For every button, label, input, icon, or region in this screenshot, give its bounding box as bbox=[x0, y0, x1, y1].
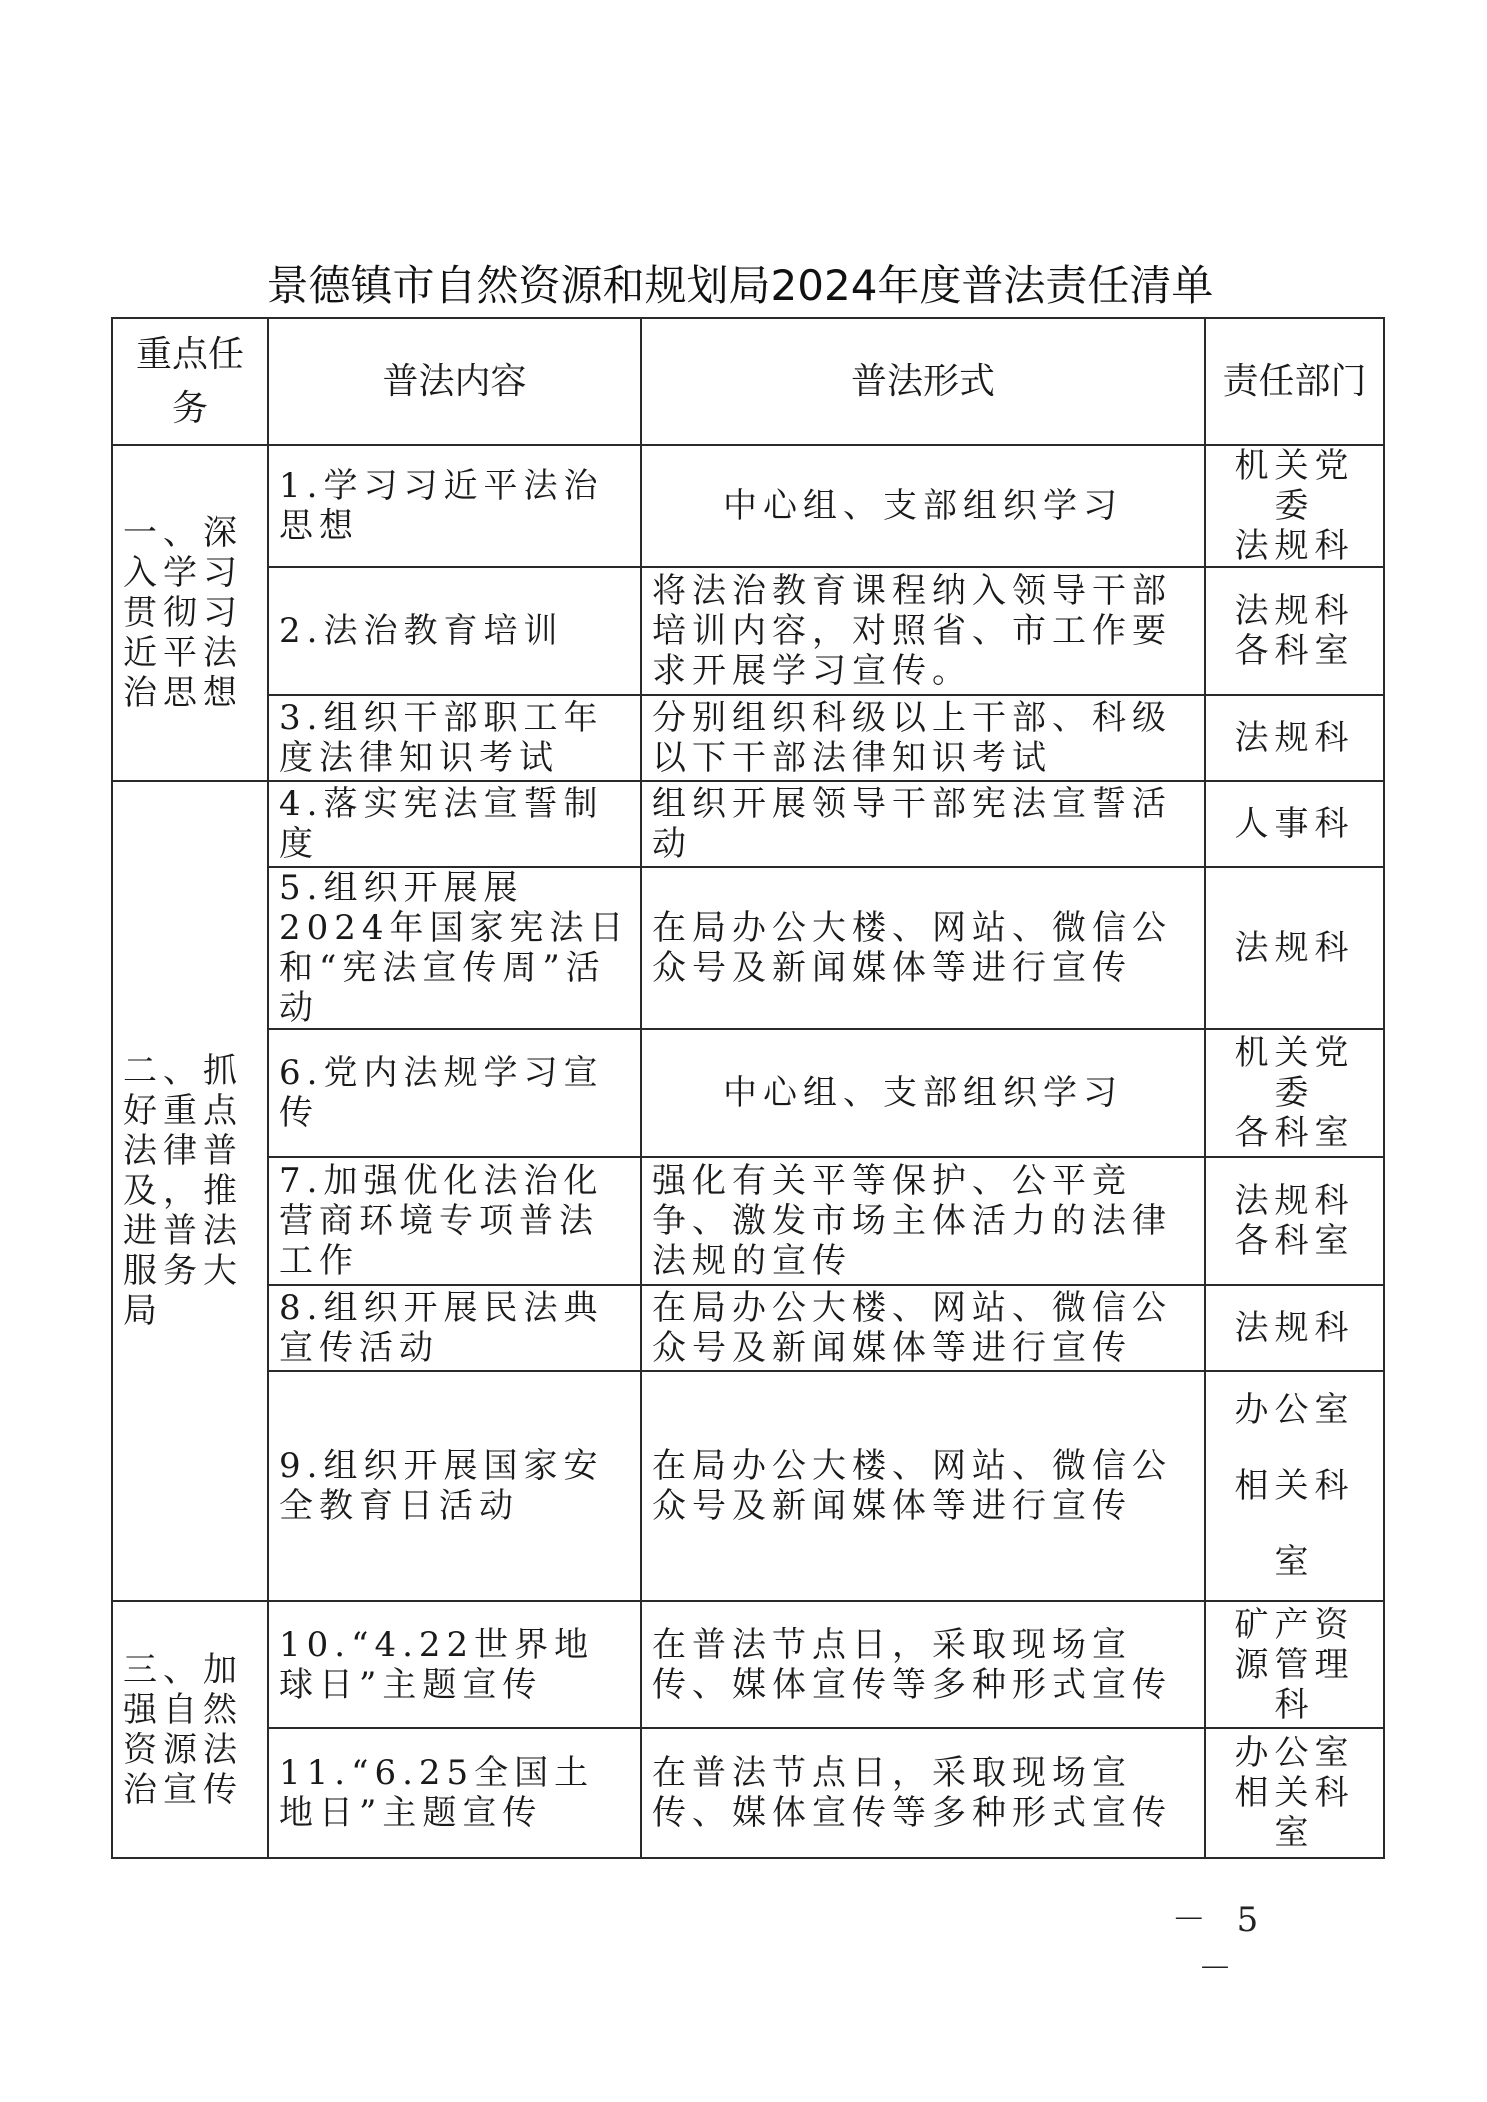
table-row: 7.加强优化法治化营商环境专项普法工作 强化有关平等保护、公平竞争、激发市场主体… bbox=[112, 1157, 1384, 1285]
content-cell: 6.党内法规学习宣传 bbox=[268, 1029, 641, 1157]
dept-cell: 法规科 bbox=[1205, 1285, 1384, 1371]
task-group-3: 三、加强自然资源法治宣传 bbox=[112, 1601, 268, 1858]
form-cell: 组织开展领导干部宪法宣誓活动 bbox=[641, 781, 1205, 867]
header-form: 普法形式 bbox=[641, 318, 1205, 445]
form-cell: 在普法节点日，采取现场宣传、媒体宣传等多种形式宣传 bbox=[641, 1728, 1205, 1858]
form-cell: 中心组、支部组织学习 bbox=[641, 1029, 1205, 1157]
table-header-row: 重点任务 普法内容 普法形式 责任部门 bbox=[112, 318, 1384, 445]
table-row: 一、深入学习贯彻习近平法治思想 1.学习习近平法治思想 中心组、支部组织学习 机… bbox=[112, 445, 1384, 567]
task-group-1: 一、深入学习贯彻习近平法治思想 bbox=[112, 445, 268, 781]
content-cell: 9.组织开展国家安全教育日活动 bbox=[268, 1371, 641, 1601]
dept-cell: 办公室 相关科室 bbox=[1205, 1371, 1384, 1601]
content-cell: 1.学习习近平法治思想 bbox=[268, 445, 641, 567]
table-row: 6.党内法规学习宣传 中心组、支部组织学习 机关党委 各科室 bbox=[112, 1029, 1384, 1157]
dept-cell: 机关党委 各科室 bbox=[1205, 1029, 1384, 1157]
content-cell: 11.“6.25全国土地日”主题宣传 bbox=[268, 1728, 641, 1858]
content-cell: 5.组织开展展2024年国家宪法日和“宪法宣传周”活动 bbox=[268, 867, 641, 1029]
dept-cell: 法规科 各科室 bbox=[1205, 1157, 1384, 1285]
content-cell: 10.“4.22世界地球日”主题宣传 bbox=[268, 1601, 641, 1728]
page-number: － 5 － bbox=[1160, 1892, 1280, 1990]
form-cell: 在普法节点日，采取现场宣传、媒体宣传等多种形式宣传 bbox=[641, 1601, 1205, 1728]
dept-cell: 法规科 bbox=[1205, 867, 1384, 1029]
table-row: 9.组织开展国家安全教育日活动 在局办公大楼、网站、微信公众号及新闻媒体等进行宣… bbox=[112, 1371, 1384, 1601]
form-cell: 将法治教育课程纳入领导干部培训内容，对照省、市工作要求开展学习宣传。 bbox=[641, 567, 1205, 695]
dept-cell: 法规科 各科室 bbox=[1205, 567, 1384, 695]
task-group-2: 二、抓好重点法律普及，推进普法服务大局 bbox=[112, 781, 268, 1601]
dept-cell: 办公室 相关科室 bbox=[1205, 1728, 1384, 1858]
content-cell: 4.落实宪法宣誓制度 bbox=[268, 781, 641, 867]
header-key-task: 重点任务 bbox=[112, 318, 268, 445]
dept-cell: 矿产资源管理科 bbox=[1205, 1601, 1384, 1728]
header-dept: 责任部门 bbox=[1205, 318, 1384, 445]
content-cell: 3.组织干部职工年度法律知识考试 bbox=[268, 695, 641, 781]
table-row: 8.组织开展民法典宣传活动 在局办公大楼、网站、微信公众号及新闻媒体等进行宣传 … bbox=[112, 1285, 1384, 1371]
responsibility-table: 重点任务 普法内容 普法形式 责任部门 一、深入学习贯彻习近平法治思想 1.学习… bbox=[111, 317, 1385, 1859]
table-row: 5.组织开展展2024年国家宪法日和“宪法宣传周”活动 在局办公大楼、网站、微信… bbox=[112, 867, 1384, 1029]
content-cell: 2.法治教育培训 bbox=[268, 567, 641, 695]
header-content: 普法内容 bbox=[268, 318, 641, 445]
content-cell: 8.组织开展民法典宣传活动 bbox=[268, 1285, 641, 1371]
table-row: 二、抓好重点法律普及，推进普法服务大局 4.落实宪法宣誓制度 组织开展领导干部宪… bbox=[112, 781, 1384, 867]
table-row: 2.法治教育培训 将法治教育课程纳入领导干部培训内容，对照省、市工作要求开展学习… bbox=[112, 567, 1384, 695]
form-cell: 分别组织科级以上干部、科级以下干部法律知识考试 bbox=[641, 695, 1205, 781]
dept-cell: 人事科 bbox=[1205, 781, 1384, 867]
content-cell: 7.加强优化法治化营商环境专项普法工作 bbox=[268, 1157, 641, 1285]
form-cell: 中心组、支部组织学习 bbox=[641, 445, 1205, 567]
form-cell: 在局办公大楼、网站、微信公众号及新闻媒体等进行宣传 bbox=[641, 867, 1205, 1029]
table-row: 3.组织干部职工年度法律知识考试 分别组织科级以上干部、科级以下干部法律知识考试… bbox=[112, 695, 1384, 781]
document-title: 景德镇市自然资源和规划局2024年度普法责任清单 bbox=[150, 258, 1330, 314]
form-cell: 在局办公大楼、网站、微信公众号及新闻媒体等进行宣传 bbox=[641, 1371, 1205, 1601]
table-row: 三、加强自然资源法治宣传 10.“4.22世界地球日”主题宣传 在普法节点日，采… bbox=[112, 1601, 1384, 1728]
dept-cell: 机关党委 法规科 bbox=[1205, 445, 1384, 567]
table-row: 11.“6.25全国土地日”主题宣传 在普法节点日，采取现场宣传、媒体宣传等多种… bbox=[112, 1728, 1384, 1858]
form-cell: 在局办公大楼、网站、微信公众号及新闻媒体等进行宣传 bbox=[641, 1285, 1205, 1371]
dept-cell: 法规科 bbox=[1205, 695, 1384, 781]
form-cell: 强化有关平等保护、公平竞争、激发市场主体活力的法律法规的宣传 bbox=[641, 1157, 1205, 1285]
